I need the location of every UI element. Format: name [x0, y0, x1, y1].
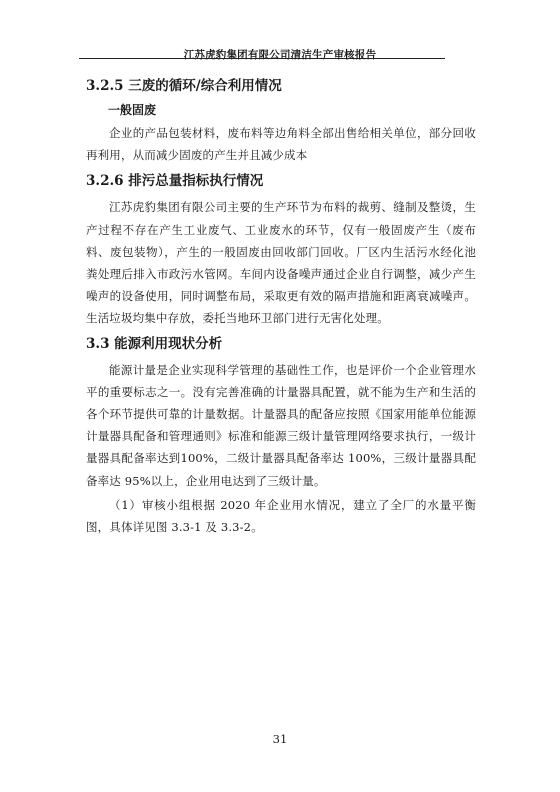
section-heading: 3.3 能源利用现状分析	[86, 332, 476, 357]
section-3-3: 3.3 能源利用现状分析 能源计量是企业实现科学管理的基础性工作，也是评价一个企…	[86, 332, 476, 539]
page-number: 31	[0, 732, 560, 746]
section-heading: 3.2.5 三废的循环/综合利用情况	[86, 74, 476, 99]
paragraph: 能源计量是企业实现科学管理的基础性工作，也是评价一个企业管理水平的重要标志之一。…	[86, 359, 476, 492]
header-divider	[79, 58, 445, 59]
section-3-2-6: 3.2.6 排污总量指标执行情况 江苏虎豹集团有限公司主要的生产环节为布料的裁剪…	[86, 169, 476, 329]
section-heading: 3.2.6 排污总量指标执行情况	[86, 169, 476, 194]
paragraph: （1）审核小组根据 2020 年企业用水情况，建立了全厂的水量平衡图，具体详见图…	[86, 494, 476, 538]
paragraph: 企业的产品包装材料，废布料等边角料全部出售给相关单位，部分回收再利用，从而减少固…	[86, 122, 476, 166]
report-title: 江苏虎豹集团有限公司清洁生产审核报告	[0, 47, 560, 62]
subsection-heading: 一般固废	[108, 99, 476, 122]
section-3-2-5: 3.2.5 三废的循环/综合利用情况 一般固废 企业的产品包装材料，废布料等边角…	[86, 74, 476, 166]
paragraph: 江苏虎豹集团有限公司主要的生产环节为布料的裁剪、缝制及整烫，生产过程不存在产生工…	[86, 196, 476, 329]
page-body: 3.2.5 三废的循环/综合利用情况 一般固废 企业的产品包装材料，废布料等边角…	[86, 74, 476, 538]
